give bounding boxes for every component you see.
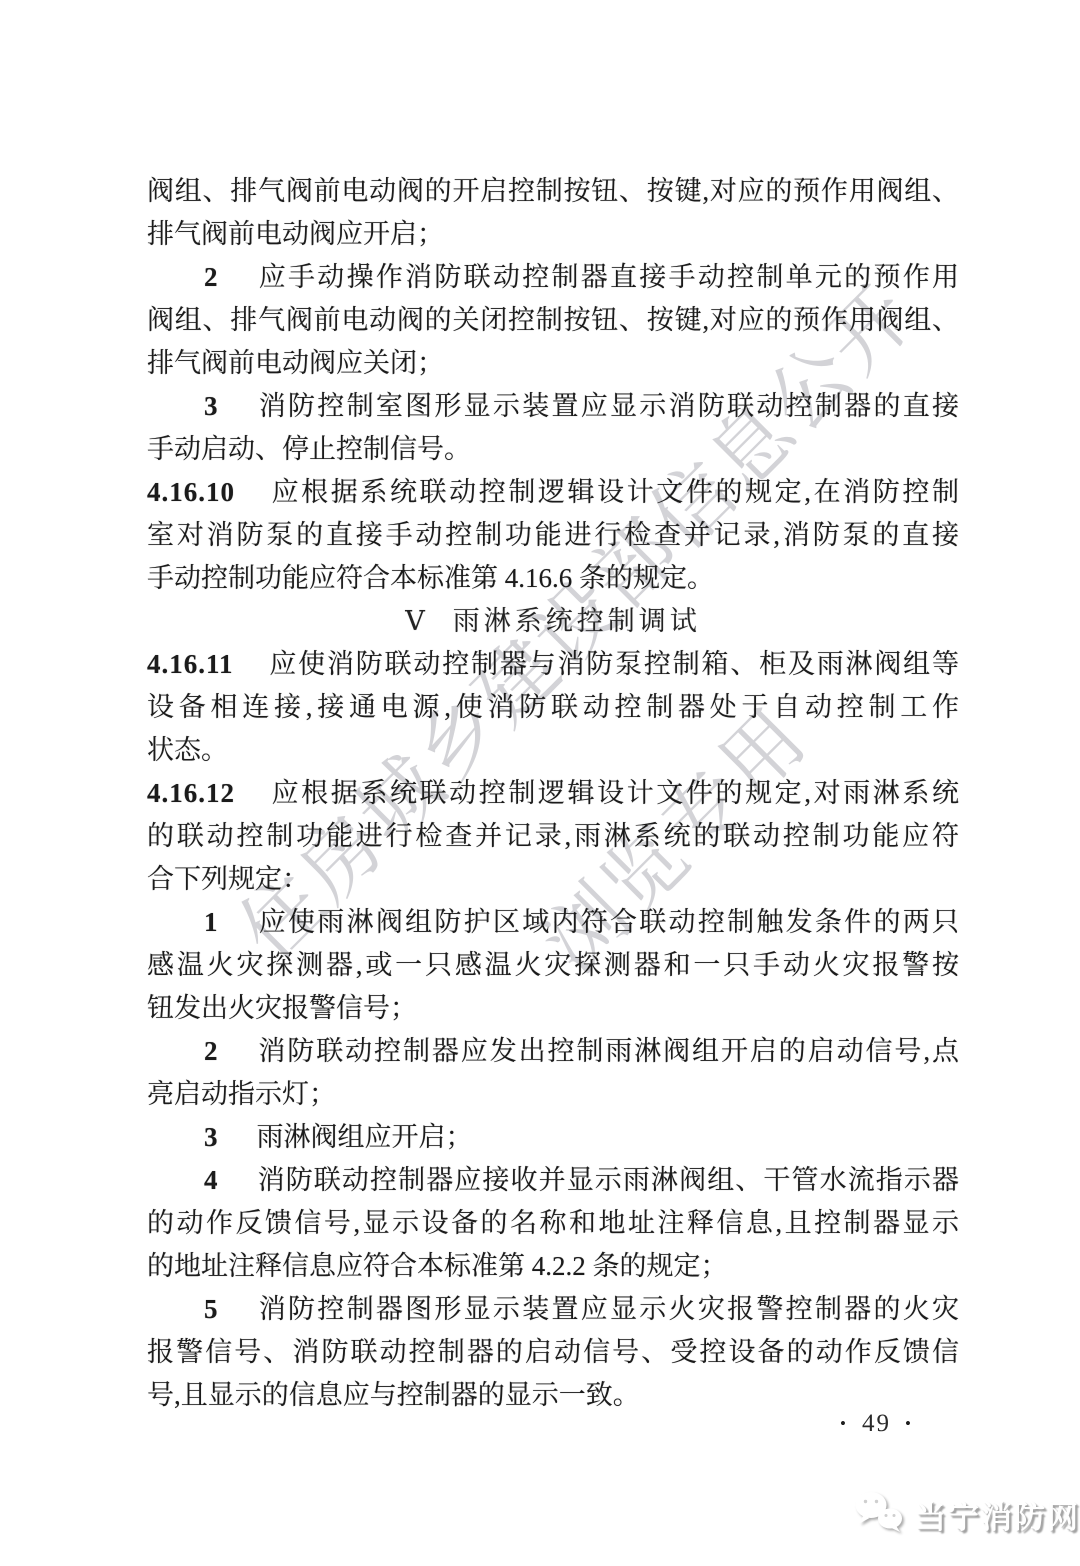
clause-number: 4.16.12 bbox=[147, 778, 235, 808]
section-roman-numeral: Ⅴ bbox=[405, 606, 425, 636]
section-heading: Ⅴ雨淋系统控制调试 bbox=[147, 600, 959, 643]
line-text: 应手动操作消防联动控制器直接手动控制单元的预作用 bbox=[257, 262, 960, 292]
list-item-line-2: 2应手动操作消防联动控制器直接手动控制单元的预作用 bbox=[147, 256, 959, 299]
text-line-7: 手动启动、停止控制信号。 bbox=[147, 428, 959, 471]
item-number: 4 bbox=[204, 1165, 219, 1195]
text-line-1: 阀组、排气阀前电动阀的开启控制按钮、按键,对应的预作用阀组、 bbox=[147, 170, 959, 213]
clause-number: 4.16.10 bbox=[147, 477, 235, 507]
item-number: 3 bbox=[204, 1122, 219, 1152]
list-item-line-3: 3雨淋阀组应开启； bbox=[147, 1116, 959, 1159]
line-text: 状态。 bbox=[147, 735, 228, 765]
line-text: 消防控制室图形显示装置应显示消防联动控制器的直接 bbox=[257, 391, 960, 421]
line-text: 阀组、排气阀前电动阀的开启控制按钮、按键,对应的预作用阀组、 bbox=[147, 176, 959, 206]
page-number-left-dot: • bbox=[840, 1414, 848, 1434]
list-item-line-2: 2消防联动控制器应发出控制雨淋阀组开启的启动信号,点 bbox=[147, 1030, 959, 1073]
line-text: 应使消防联动控制器与消防泵控制箱、柜及雨淋阀组等 bbox=[268, 649, 959, 679]
clause-4-16-11: 4.16.11应使消防联动控制器与消防泵控制箱、柜及雨淋阀组等 bbox=[147, 643, 959, 686]
page-number-value: 49 bbox=[862, 1410, 891, 1438]
line-text: 号,且显示的信息应与控制器的显示一致。 bbox=[147, 1380, 640, 1410]
item-number: 2 bbox=[204, 1036, 219, 1066]
text-line-16: 的联动控制功能进行检查并记录,雨淋系统的联动控制功能应符 bbox=[147, 815, 959, 858]
text-line-9: 室对消防泵的直接手动控制功能进行检查并记录,消防泵的直接 bbox=[147, 514, 959, 557]
line-text: 消防联动控制器应发出控制雨淋阀组开启的启动信号,点 bbox=[257, 1036, 960, 1066]
item-number: 2 bbox=[204, 262, 219, 292]
page-number-right-dot: • bbox=[905, 1414, 913, 1434]
text-line-17: 合下列规定： bbox=[147, 858, 959, 901]
list-item-line-4: 4消防联动控制器应接收并显示雨淋阀组、干管水流指示器 bbox=[147, 1159, 959, 1202]
list-item-line-1: 1应使雨淋阀组防护区域内符合联动控制触发条件的两只 bbox=[147, 901, 959, 944]
list-item-line-5: 5消防控制器图形显示装置应显示火灾报警控制器的火灾 bbox=[147, 1288, 959, 1331]
text-line-2: 排气阀前电动阀应开启； bbox=[147, 213, 959, 256]
line-text: 报警信号、消防联动控制器的启动信号、受控设备的动作反馈信 bbox=[147, 1337, 959, 1367]
line-text: 手动启动、停止控制信号。 bbox=[147, 434, 471, 464]
line-text: 手动控制功能应符合本标准第 4.16.6 条的规定。 bbox=[147, 563, 714, 593]
site-name: 当宁消防网 bbox=[915, 1492, 1080, 1537]
text-line-29: 号,且显示的信息应与控制器的显示一致。 bbox=[147, 1374, 959, 1417]
item-number: 1 bbox=[204, 907, 219, 937]
site-logo: 当宁消防网 bbox=[852, 1490, 1080, 1539]
line-text: 消防控制器图形显示装置应显示火灾报警控制器的火灾 bbox=[257, 1294, 960, 1324]
list-item-line-3: 3消防控制室图形显示装置应显示消防联动控制器的直接 bbox=[147, 385, 959, 428]
text-line-20: 钮发出火灾报警信号； bbox=[147, 987, 959, 1030]
line-text: 亮启动指示灯； bbox=[147, 1079, 336, 1109]
text-line-25: 的动作反馈信号,显示设备的名称和地址注释信息,且控制器显示 bbox=[147, 1202, 959, 1245]
line-text: 排气阀前电动阀应关闭； bbox=[147, 348, 444, 378]
text-line-28: 报警信号、消防联动控制器的启动信号、受控设备的动作反馈信 bbox=[147, 1331, 959, 1374]
item-number: 5 bbox=[204, 1294, 219, 1324]
text-line-5: 排气阀前电动阀应关闭； bbox=[147, 342, 959, 385]
text-line-10: 手动控制功能应符合本标准第 4.16.6 条的规定。 bbox=[147, 557, 959, 600]
text-line-26: 的地址注释信息应符合本标准第 4.2.2 条的规定； bbox=[147, 1245, 959, 1288]
line-text: 消防联动控制器应接收并显示雨淋阀组、干管水流指示器 bbox=[257, 1165, 960, 1195]
line-text: 阀组、排气阀前电动阀的关闭控制按钮、按键,对应的预作用阀组、 bbox=[147, 305, 959, 335]
page-number: • 49 • bbox=[840, 1410, 913, 1438]
line-text: 应使雨淋阀组防护区域内符合联动控制触发条件的两只 bbox=[257, 907, 960, 937]
line-text: 应根据系统联动控制逻辑设计文件的规定,对雨淋系统 bbox=[269, 778, 959, 808]
line-text: 的联动控制功能进行检查并记录,雨淋系统的联动控制功能应符 bbox=[147, 821, 959, 851]
line-text: 排气阀前电动阀应开启； bbox=[147, 219, 444, 249]
text-line-22: 亮启动指示灯； bbox=[147, 1073, 959, 1116]
line-text: 雨淋系统控制调试 bbox=[453, 606, 701, 636]
line-text: 室对消防泵的直接手动控制功能进行检查并记录,消防泵的直接 bbox=[147, 520, 959, 550]
line-text: 的动作反馈信号,显示设备的名称和地址注释信息,且控制器显示 bbox=[147, 1208, 959, 1238]
line-text: 感温火灾探测器,或一只感温火灾探测器和一只手动火灾报警按 bbox=[147, 950, 959, 980]
document-page: 住房城乡建设部信息公开 浏览专用 阀组、排气阀前电动阀的开启控制按钮、按键,对应… bbox=[0, 0, 1080, 1566]
line-text: 应根据系统联动控制逻辑设计文件的规定,在消防控制 bbox=[269, 477, 959, 507]
line-text: 钮发出火灾报警信号； bbox=[147, 993, 417, 1023]
line-text: 合下列规定： bbox=[147, 864, 309, 894]
line-text: 的地址注释信息应符合本标准第 4.2.2 条的规定； bbox=[147, 1251, 728, 1281]
document-text-block: 阀组、排气阀前电动阀的开启控制按钮、按键,对应的预作用阀组、排气阀前电动阀应开启… bbox=[147, 170, 959, 1417]
clause-4-16-10: 4.16.10应根据系统联动控制逻辑设计文件的规定,在消防控制 bbox=[147, 471, 959, 514]
line-text: 雨淋阀组应开启； bbox=[257, 1122, 473, 1152]
text-line-13: 设备相连接,接通电源,使消防联动控制器处于自动控制工作 bbox=[147, 686, 959, 729]
clause-4-16-12: 4.16.12应根据系统联动控制逻辑设计文件的规定,对雨淋系统 bbox=[147, 772, 959, 815]
clause-number: 4.16.11 bbox=[147, 649, 234, 679]
line-text: 设备相连接,接通电源,使消防联动控制器处于自动控制工作 bbox=[147, 692, 959, 722]
text-line-4: 阀组、排气阀前电动阀的关闭控制按钮、按键,对应的预作用阀组、 bbox=[147, 299, 959, 342]
item-number: 3 bbox=[204, 391, 219, 421]
text-line-19: 感温火灾探测器,或一只感温火灾探测器和一只手动火灾报警按 bbox=[147, 944, 959, 987]
wechat-bubbles-icon bbox=[852, 1490, 906, 1539]
text-line-14: 状态。 bbox=[147, 729, 959, 772]
